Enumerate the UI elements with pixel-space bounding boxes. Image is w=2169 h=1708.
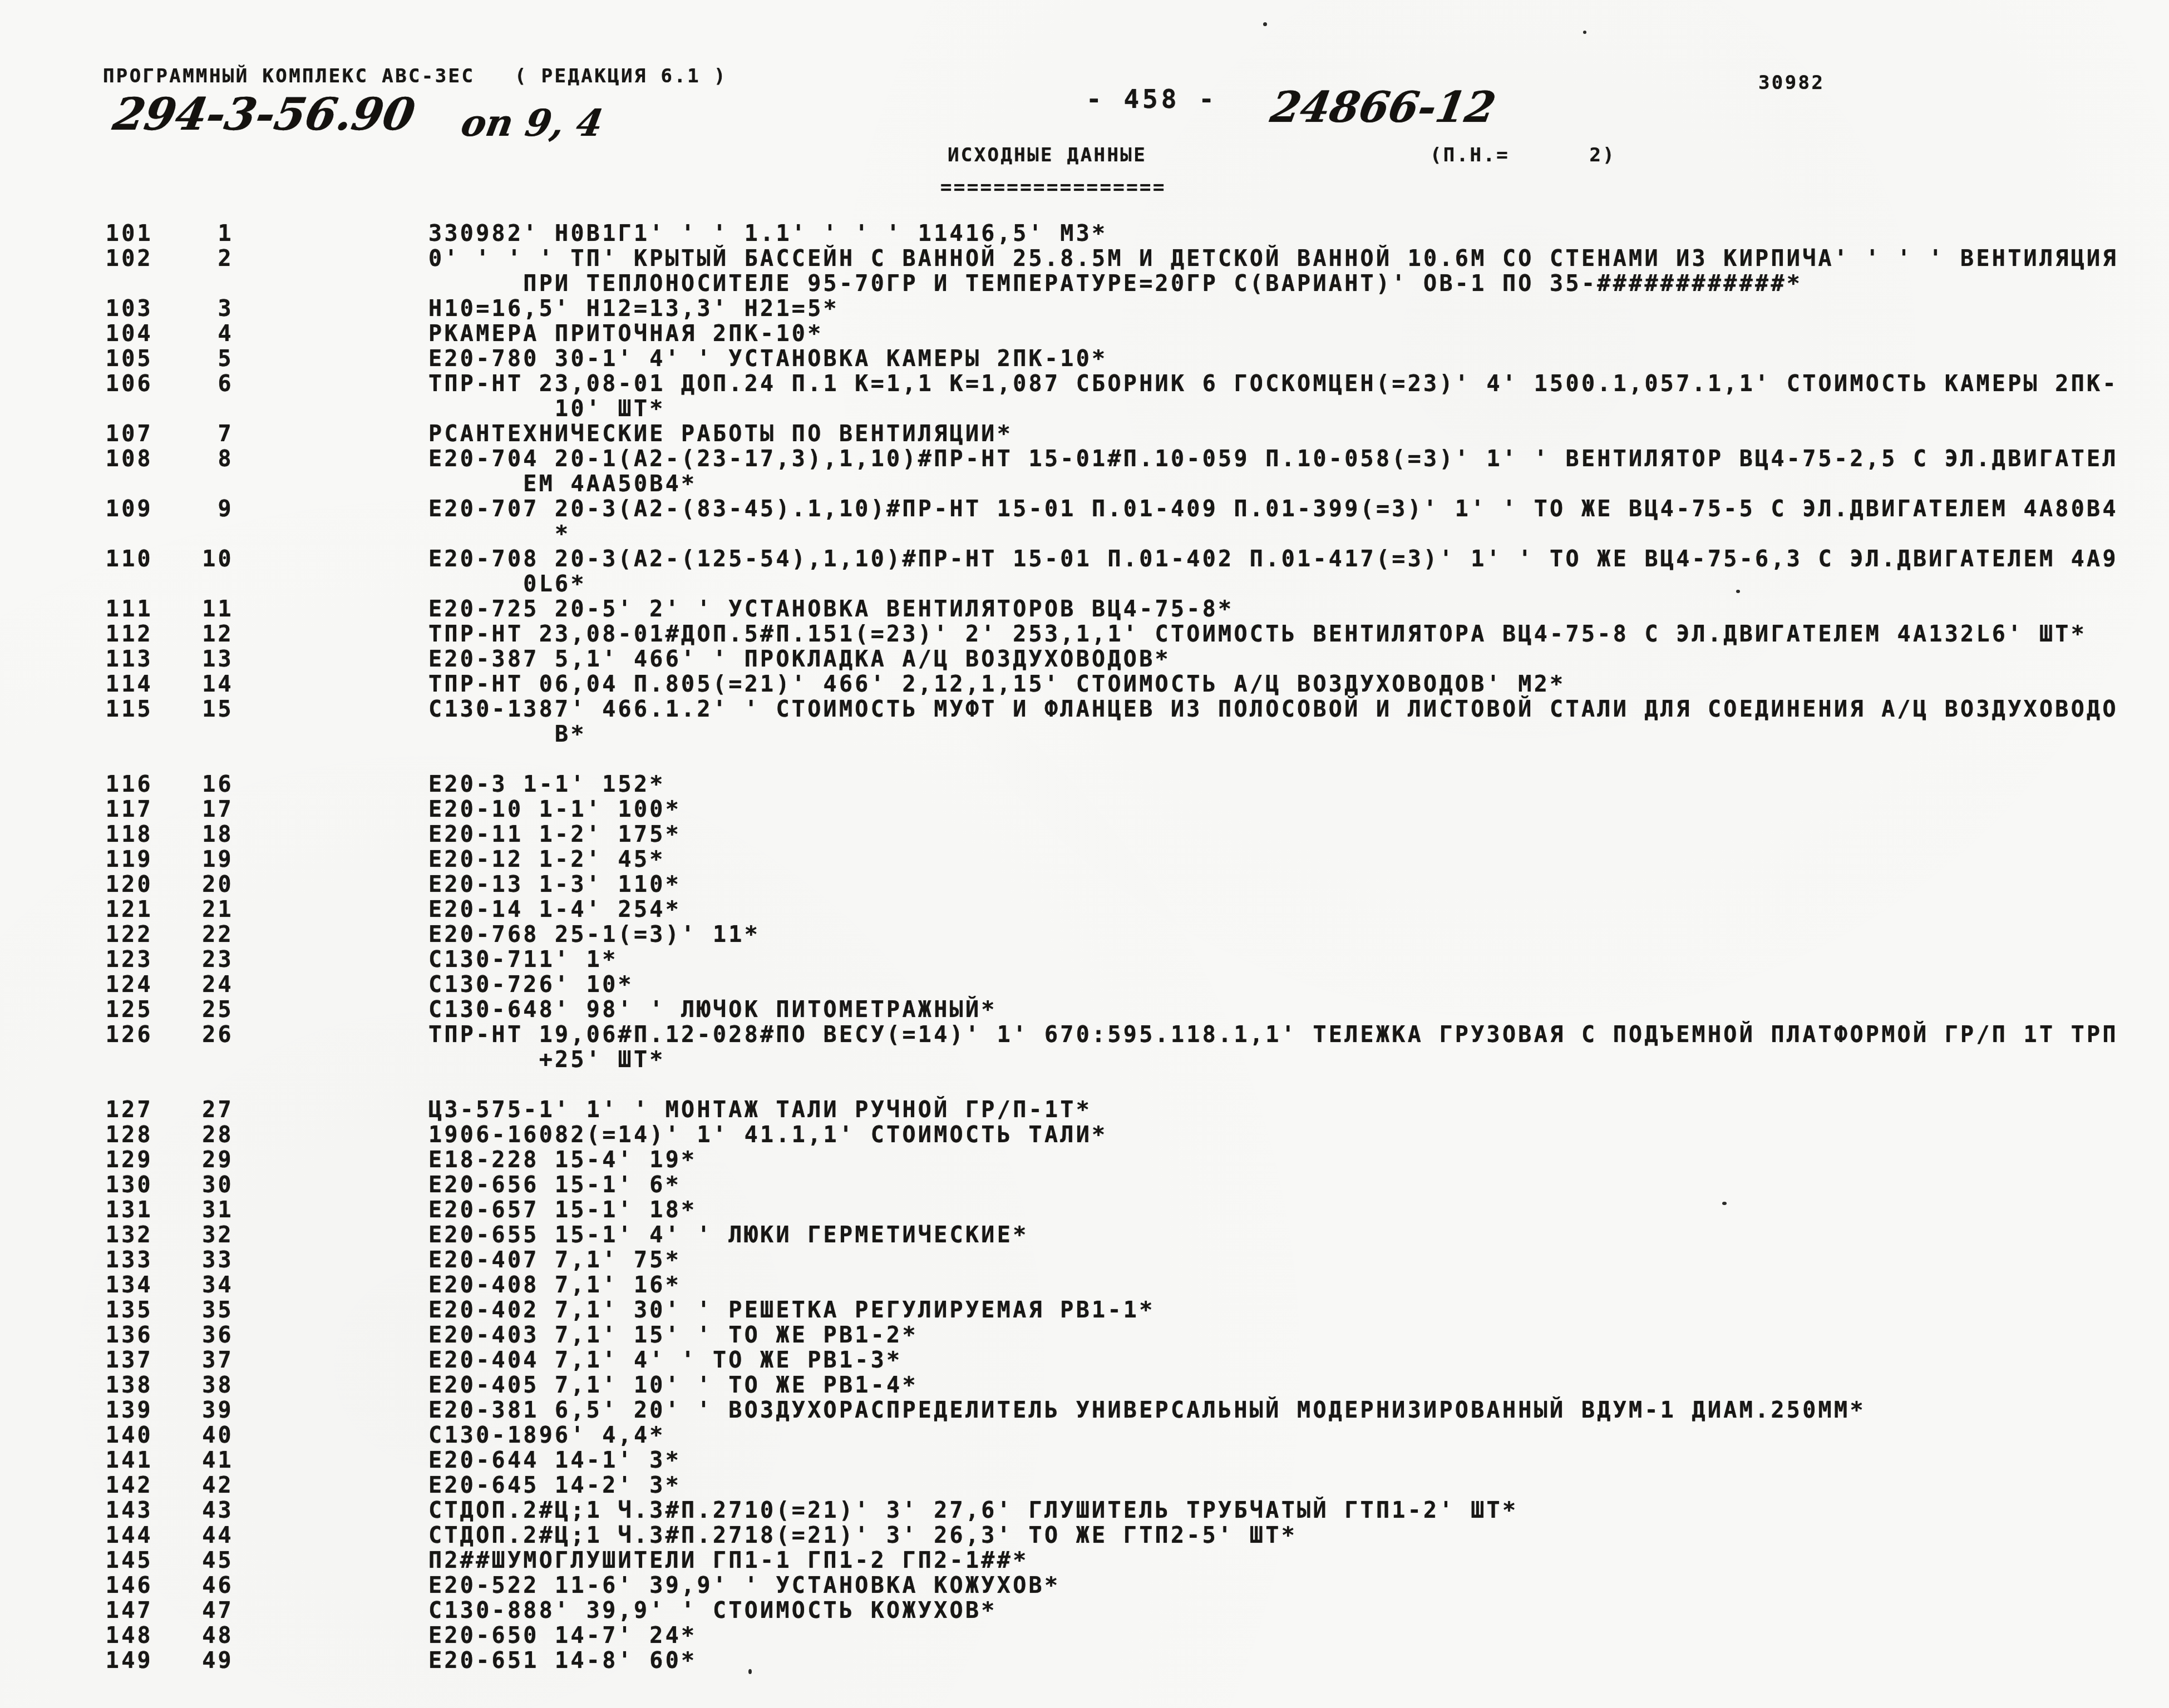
table-row bbox=[0, 1073, 2169, 1098]
row-text: ТПР-НТ 23,08-01#ДОП.5#П.151(=23)' 2' 253… bbox=[428, 622, 2087, 647]
line-number: 126 bbox=[103, 1023, 153, 1048]
row-text: Е20-707 20-3(А2-(83-45).1,10)#ПР-НТ 15-0… bbox=[428, 497, 2118, 522]
line-number: 120 bbox=[103, 872, 153, 897]
table-row: 10220' ' ' ' ТП' КРЫТЫЙ БАССЕЙН С ВАННОЙ… bbox=[0, 246, 2169, 271]
table-row: 11111Е20-725 20-5' 2' ' УСТАНОВКА ВЕНТИЛ… bbox=[0, 597, 2169, 622]
row-text: С130-648' 98' ' ЛЮЧОК ПИТОМЕТРАЖНЫЙ* bbox=[428, 998, 997, 1023]
sequence-number: 6 bbox=[167, 372, 234, 397]
line-number: 136 bbox=[103, 1323, 153, 1348]
row-text: Е20-708 20-3(А2-(125-54),1,10)#ПР-НТ 15-… bbox=[428, 547, 2118, 572]
table-row: 14040С130-1896' 4,4* bbox=[0, 1423, 2169, 1448]
line-number: 101 bbox=[103, 221, 153, 246]
row-text: Е20-650 14-7' 24* bbox=[428, 1623, 697, 1648]
sequence-number: 36 bbox=[167, 1323, 234, 1348]
sequence-number: 44 bbox=[167, 1523, 234, 1548]
table-row: 14545П2##ШУМОГЛУШИТЕЛИ ГП1-1 ГП1-2 ГП2-1… bbox=[0, 1548, 2169, 1573]
table-row: 1011330982' Н0В1Г1' ' ' 1.1' ' ' ' 11416… bbox=[0, 221, 2169, 246]
row-text: С130-711' 1* bbox=[428, 947, 618, 973]
sequence-number: 23 bbox=[167, 947, 234, 973]
row-text: 10' ШТ* bbox=[428, 397, 666, 422]
row-text: Е20-405 7,1' 10' ' ТО ЖЕ РВ1-4* bbox=[428, 1373, 918, 1398]
line-number: 144 bbox=[103, 1523, 153, 1548]
line-number: 147 bbox=[103, 1598, 153, 1623]
sequence-number: 18 bbox=[167, 822, 234, 847]
line-number: 110 bbox=[103, 547, 153, 572]
row-text: С130-1387' 466.1.2' ' СТОИМОСТЬ МУФТ И Ф… bbox=[428, 697, 2118, 722]
line-number: 108 bbox=[103, 447, 153, 472]
row-text: Е20-655 15-1' 4' ' ЛЮКИ ГЕРМЕТИЧЕСКИЕ* bbox=[428, 1223, 1029, 1248]
line-number: 104 bbox=[103, 322, 153, 347]
table-row: 13838Е20-405 7,1' 10' ' ТО ЖЕ РВ1-4* bbox=[0, 1373, 2169, 1398]
row-text: Н10=16,5' Н12=13,3' Н21=5* bbox=[428, 297, 839, 322]
row-text: СТДОП.2#Ц;1 Ч.3#П.2718(=21)' 3' 26,3' ТО… bbox=[428, 1523, 1297, 1548]
row-text: * bbox=[428, 522, 570, 547]
sequence-number: 13 bbox=[167, 647, 234, 672]
row-text: С130-1896' 4,4* bbox=[428, 1423, 666, 1448]
line-number: 112 bbox=[103, 622, 153, 647]
line-number: 118 bbox=[103, 822, 153, 847]
line-number: 115 bbox=[103, 697, 153, 722]
sequence-number: 27 bbox=[167, 1098, 234, 1123]
handwritten-stamp: 24866-12 bbox=[1267, 82, 1499, 132]
row-text: Е20-656 15-1' 6* bbox=[428, 1173, 681, 1198]
table-row: 14949Е20-651 14-8' 60* bbox=[0, 1648, 2169, 1674]
sequence-number: 28 bbox=[167, 1123, 234, 1148]
row-text: Е20-403 7,1' 15' ' ТО ЖЕ РВ1-2* bbox=[428, 1323, 918, 1348]
row-text: Е20-645 14-2' 3* bbox=[428, 1473, 681, 1498]
sequence-number: 7 bbox=[167, 422, 234, 447]
table-row: 14747С130-888' 39,9' ' СТОИМОСТЬ КОЖУХОВ… bbox=[0, 1598, 2169, 1623]
table-row: 12323С130-711' 1* bbox=[0, 947, 2169, 973]
table-row: 11010Е20-708 20-3(А2-(125-54),1,10)#ПР-Н… bbox=[0, 547, 2169, 572]
table-row bbox=[0, 747, 2169, 772]
line-number: 139 bbox=[103, 1398, 153, 1423]
sequence-number: 30 bbox=[167, 1173, 234, 1198]
row-text: +25' ШТ* bbox=[428, 1048, 666, 1073]
sequence-number: 33 bbox=[167, 1248, 234, 1273]
scanned-printout-page: ПРОГРАММНЫЙ КОМПЛЕКС АВС-3ЕС ( РЕДАКЦИЯ … bbox=[0, 0, 2169, 1708]
sequence-number: 37 bbox=[167, 1348, 234, 1373]
line-number: 137 bbox=[103, 1348, 153, 1373]
line-number: 124 bbox=[103, 973, 153, 998]
sequence-number: 2 bbox=[167, 246, 234, 271]
row-text: ЕМ 4АА50В4* bbox=[428, 472, 697, 497]
line-number: 122 bbox=[103, 922, 153, 947]
row-text: Е20-704 20-1(А2-(23-17,3),1,10)#ПР-НТ 15… bbox=[428, 447, 2118, 472]
table-row: 11919Е20-12 1-2' 45* bbox=[0, 847, 2169, 872]
sequence-number: 35 bbox=[167, 1298, 234, 1323]
row-text: 330982' Н0В1Г1' ' ' 1.1' ' ' ' 11416,5' … bbox=[428, 221, 1107, 246]
line-number: 109 bbox=[103, 497, 153, 522]
sequence-number: 20 bbox=[167, 872, 234, 897]
line-number: 146 bbox=[103, 1573, 153, 1598]
table-row: 12222Е20-768 25-1(=3)' 11* bbox=[0, 922, 2169, 947]
table-row: 14343СТДОП.2#Ц;1 Ч.3#П.2710(=21)' 3' 27,… bbox=[0, 1498, 2169, 1523]
page-note: (П.Н.= 2) bbox=[1430, 146, 1616, 165]
row-text: 0' ' ' ' ТП' КРЫТЫЙ БАССЕЙН С ВАННОЙ 25.… bbox=[428, 246, 2118, 271]
line-number: 140 bbox=[103, 1423, 153, 1448]
table-row: 1099Е20-707 20-3(А2-(83-45).1,10)#ПР-НТ … bbox=[0, 497, 2169, 522]
table-row: 12727Ц3-575-1' 1' ' МОНТАЖ ТАЛИ РУЧНОЙ Г… bbox=[0, 1098, 2169, 1123]
section-title: ИСХОДНЫЕ ДАННЫЕ bbox=[948, 146, 1147, 165]
line-number: 103 bbox=[103, 297, 153, 322]
row-text: Е20-408 7,1' 16* bbox=[428, 1273, 681, 1298]
line-number: 141 bbox=[103, 1448, 153, 1473]
line-number: 127 bbox=[103, 1098, 153, 1123]
row-text: ПРИ ТЕПЛОНОСИТЕЛЕ 95-70ГР И ТЕМПЕРАТУРЕ=… bbox=[428, 271, 1802, 297]
sequence-number: 15 bbox=[167, 697, 234, 722]
sequence-number: 8 bbox=[167, 447, 234, 472]
line-number: 111 bbox=[103, 597, 153, 622]
row-text: Е20-657 15-1' 18* bbox=[428, 1198, 697, 1223]
table-row: 12929Е18-228 15-4' 19* bbox=[0, 1148, 2169, 1173]
line-number: 135 bbox=[103, 1298, 153, 1323]
row-text: Е20-402 7,1' 30' ' РЕШЕТКА РЕГУЛИРУЕМАЯ … bbox=[428, 1298, 1155, 1323]
sequence-number: 19 bbox=[167, 847, 234, 872]
line-number: 133 bbox=[103, 1248, 153, 1273]
table-row: 12020Е20-13 1-3' 110* bbox=[0, 872, 2169, 897]
table-row: 11414ТПР-НТ 06,04 П.805(=21)' 466' 2,12,… bbox=[0, 672, 2169, 697]
table-row: 13939Е20-381 6,5' 20' ' ВОЗДУХОРАСПРЕДЕЛ… bbox=[0, 1398, 2169, 1423]
row-text: СТДОП.2#Ц;1 Ч.3#П.2710(=21)' 3' 27,6' ГЛ… bbox=[428, 1498, 1518, 1523]
table-row: 10' ШТ* bbox=[0, 397, 2169, 422]
row-text: ТПР-НТ 23,08-01 ДОП.24 П.1 К=1,1 К=1,087… bbox=[428, 372, 2118, 397]
page-number: - 458 - bbox=[1086, 86, 1217, 112]
table-row: 13232Е20-655 15-1' 4' ' ЛЮКИ ГЕРМЕТИЧЕСК… bbox=[0, 1223, 2169, 1248]
sequence-number: 1 bbox=[167, 221, 234, 246]
table-row: * bbox=[0, 522, 2169, 547]
row-text: Ц3-575-1' 1' ' МОНТАЖ ТАЛИ РУЧНОЙ ГР/П-1… bbox=[428, 1098, 1092, 1123]
sequence-number: 11 bbox=[167, 597, 234, 622]
sequence-number: 25 bbox=[167, 998, 234, 1023]
line-number: 107 bbox=[103, 422, 153, 447]
table-row: ЕМ 4АА50В4* bbox=[0, 472, 2169, 497]
sequence-number: 14 bbox=[167, 672, 234, 697]
row-text: Е20-11 1-2' 175* bbox=[428, 822, 681, 847]
table-row: 11616Е20-3 1-1' 152* bbox=[0, 772, 2169, 797]
scan-speck bbox=[748, 1669, 752, 1674]
sequence-number: 29 bbox=[167, 1148, 234, 1173]
line-number: 142 bbox=[103, 1473, 153, 1498]
row-text: ТПР-НТ 06,04 П.805(=21)' 466' 2,12,1,15'… bbox=[428, 672, 1566, 697]
table-row: 13636Е20-403 7,1' 15' ' ТО ЖЕ РВ1-2* bbox=[0, 1323, 2169, 1348]
line-number: 138 bbox=[103, 1373, 153, 1398]
table-row: В* bbox=[0, 722, 2169, 747]
table-row: 14141Е20-644 14-1' 3* bbox=[0, 1448, 2169, 1473]
sequence-number: 5 bbox=[167, 347, 234, 372]
table-row: 11212ТПР-НТ 23,08-01#ДОП.5#П.151(=23)' 2… bbox=[0, 622, 2169, 647]
sequence-number: 17 bbox=[167, 797, 234, 822]
line-number: 149 bbox=[103, 1648, 153, 1674]
table-row: +25' ШТ* bbox=[0, 1048, 2169, 1073]
line-number: 148 bbox=[103, 1623, 153, 1648]
table-row: 13434Е20-408 7,1' 16* bbox=[0, 1273, 2169, 1298]
line-number: 114 bbox=[103, 672, 153, 697]
scan-speck bbox=[1736, 590, 1740, 593]
row-text: Е20-404 7,1' 4' ' ТО ЖЕ РВ1-3* bbox=[428, 1348, 902, 1373]
sequence-number: 38 bbox=[167, 1373, 234, 1398]
row-text: Е20-780 30-1' 4' ' УСТАНОВКА КАМЕРЫ 2ПК-… bbox=[428, 347, 1107, 372]
table-row: 12626ТПР-НТ 19,06#П.12-028#ПО ВЕСУ(=14)'… bbox=[0, 1023, 2169, 1048]
line-number: 102 bbox=[103, 246, 153, 271]
row-text: Е20-381 6,5' 20' ' ВОЗДУХОРАСПРЕДЕЛИТЕЛЬ… bbox=[428, 1398, 1866, 1423]
line-number: 116 bbox=[103, 772, 153, 797]
table-row: 14848Е20-650 14-7' 24* bbox=[0, 1623, 2169, 1648]
table-row: ПРИ ТЕПЛОНОСИТЕЛЕ 95-70ГР И ТЕМПЕРАТУРЕ=… bbox=[0, 271, 2169, 297]
sequence-number: 40 bbox=[167, 1423, 234, 1448]
sequence-number: 45 bbox=[167, 1548, 234, 1573]
row-text: С130-726' 10* bbox=[428, 973, 634, 998]
line-number: 130 bbox=[103, 1173, 153, 1198]
table-row: 11313Е20-387 5,1' 466' ' ПРОКЛАДКА А/Ц В… bbox=[0, 647, 2169, 672]
table-row: 128281906-16082(=14)' 1' 41.1,1' СТОИМОС… bbox=[0, 1123, 2169, 1148]
row-text: Е20-522 11-6' 39,9' ' УСТАНОВКА КОЖУХОВ* bbox=[428, 1573, 1060, 1598]
sequence-number: 49 bbox=[167, 1648, 234, 1674]
row-text: С130-888' 39,9' ' СТОИМОСТЬ КОЖУХОВ* bbox=[428, 1598, 997, 1623]
row-text: Е18-228 15-4' 19* bbox=[428, 1148, 697, 1173]
line-number: 106 bbox=[103, 372, 153, 397]
line-number: 113 bbox=[103, 647, 153, 672]
line-number: 117 bbox=[103, 797, 153, 822]
row-text: Е20-651 14-8' 60* bbox=[428, 1648, 697, 1674]
line-number: 125 bbox=[103, 998, 153, 1023]
table-row: 14444СТДОП.2#Ц;1 Ч.3#П.2718(=21)' 3' 26,… bbox=[0, 1523, 2169, 1548]
sequence-number: 3 bbox=[167, 297, 234, 322]
table-row: 1077РСАНТЕХНИЧЕСКИЕ РАБОТЫ ПО ВЕНТИЛЯЦИИ… bbox=[0, 422, 2169, 447]
row-text: 1906-16082(=14)' 1' 41.1,1' СТОИМОСТЬ ТА… bbox=[428, 1123, 1107, 1148]
line-number: 143 bbox=[103, 1498, 153, 1523]
table-row: 13737Е20-404 7,1' 4' ' ТО ЖЕ РВ1-3* bbox=[0, 1348, 2169, 1373]
table-row: 1066ТПР-НТ 23,08-01 ДОП.24 П.1 К=1,1 К=1… bbox=[0, 372, 2169, 397]
line-number: 145 bbox=[103, 1548, 153, 1573]
section-underline: ================= bbox=[940, 178, 1166, 197]
table-row: 11717Е20-10 1-1' 100* bbox=[0, 797, 2169, 822]
sequence-number: 41 bbox=[167, 1448, 234, 1473]
row-text: Е20-3 1-1' 152* bbox=[428, 772, 666, 797]
row-text: Е20-10 1-1' 100* bbox=[428, 797, 681, 822]
line-number: 134 bbox=[103, 1273, 153, 1298]
row-text: Е20-407 7,1' 75* bbox=[428, 1248, 681, 1273]
table-row: 14242Е20-645 14-2' 3* bbox=[0, 1473, 2169, 1498]
table-row: 13030Е20-656 15-1' 6* bbox=[0, 1173, 2169, 1198]
sequence-number: 10 bbox=[167, 547, 234, 572]
row-text: Е20-14 1-4' 254* bbox=[428, 897, 681, 922]
row-text: Е20-12 1-2' 45* bbox=[428, 847, 666, 872]
table-row: 1044РКАМЕРА ПРИТОЧНАЯ 2ПК-10* bbox=[0, 322, 2169, 347]
row-text: П2##ШУМОГЛУШИТЕЛИ ГП1-1 ГП1-2 ГП2-1##* bbox=[428, 1548, 1029, 1573]
table-row: 1033Н10=16,5' Н12=13,3' Н21=5* bbox=[0, 297, 2169, 322]
sequence-number: 16 bbox=[167, 772, 234, 797]
row-text: В* bbox=[428, 722, 586, 747]
line-number: 129 bbox=[103, 1148, 153, 1173]
document-number: 30982 bbox=[1758, 73, 1825, 92]
row-text: Е20-13 1-3' 110* bbox=[428, 872, 681, 897]
line-number: 128 bbox=[103, 1123, 153, 1148]
table-row: 13131Е20-657 15-1' 18* bbox=[0, 1198, 2169, 1223]
sequence-number: 39 bbox=[167, 1398, 234, 1423]
table-row: 1055Е20-780 30-1' 4' ' УСТАНОВКА КАМЕРЫ … bbox=[0, 347, 2169, 372]
row-text: ТПР-НТ 19,06#П.12-028#ПО ВЕСУ(=14)' 1' 6… bbox=[428, 1023, 2118, 1048]
sequence-number: 12 bbox=[167, 622, 234, 647]
sequence-number: 22 bbox=[167, 922, 234, 947]
line-number: 121 bbox=[103, 897, 153, 922]
row-text: Е20-387 5,1' 466' ' ПРОКЛАДКА А/Ц ВОЗДУХ… bbox=[428, 647, 1171, 672]
row-text: Е20-768 25-1(=3)' 11* bbox=[428, 922, 760, 947]
table-row: 13333Е20-407 7,1' 75* bbox=[0, 1248, 2169, 1273]
table-row: 1088Е20-704 20-1(А2-(23-17,3),1,10)#ПР-Н… bbox=[0, 447, 2169, 472]
line-number: 132 bbox=[103, 1223, 153, 1248]
sequence-number: 46 bbox=[167, 1573, 234, 1598]
line-number: 123 bbox=[103, 947, 153, 973]
table-row: 12121Е20-14 1-4' 254* bbox=[0, 897, 2169, 922]
line-number: 105 bbox=[103, 347, 153, 372]
table-row: 13535Е20-402 7,1' 30' ' РЕШЕТКА РЕГУЛИРУ… bbox=[0, 1298, 2169, 1323]
sequence-number: 42 bbox=[167, 1473, 234, 1498]
sequence-number: 21 bbox=[167, 897, 234, 922]
line-number: 119 bbox=[103, 847, 153, 872]
sequence-number: 32 bbox=[167, 1223, 234, 1248]
row-text: РКАМЕРА ПРИТОЧНАЯ 2ПК-10* bbox=[428, 322, 824, 347]
sequence-number: 48 bbox=[167, 1623, 234, 1648]
handwritten-code: 294-3-56.90 bbox=[110, 88, 419, 140]
sequence-number: 24 bbox=[167, 973, 234, 998]
row-text: Е20-725 20-5' 2' ' УСТАНОВКА ВЕНТИЛЯТОРО… bbox=[428, 597, 1234, 622]
sequence-number: 4 bbox=[167, 322, 234, 347]
row-text: РСАНТЕХНИЧЕСКИЕ РАБОТЫ ПО ВЕНТИЛЯЦИИ* bbox=[428, 422, 1013, 447]
sequence-number: 26 bbox=[167, 1023, 234, 1048]
table-row: 11818Е20-11 1-2' 175* bbox=[0, 822, 2169, 847]
handwritten-note: оп 9, 4 bbox=[458, 101, 607, 145]
program-title: ПРОГРАММНЫЙ КОМПЛЕКС АВС-3ЕС ( РЕДАКЦИЯ … bbox=[103, 67, 727, 86]
scan-speck bbox=[1583, 31, 1586, 34]
table-row: 11515С130-1387' 466.1.2' ' СТОИМОСТЬ МУФ… bbox=[0, 697, 2169, 722]
sequence-number: 47 bbox=[167, 1598, 234, 1623]
scan-speck bbox=[1263, 22, 1267, 26]
row-text: Е20-644 14-1' 3* bbox=[428, 1448, 681, 1473]
sequence-number: 43 bbox=[167, 1498, 234, 1523]
row-text: 0L6* bbox=[428, 572, 586, 597]
sequence-number: 34 bbox=[167, 1273, 234, 1298]
table-row: 0L6* bbox=[0, 572, 2169, 597]
table-row: 14646Е20-522 11-6' 39,9' ' УСТАНОВКА КОЖ… bbox=[0, 1573, 2169, 1598]
table-row: 12525С130-648' 98' ' ЛЮЧОК ПИТОМЕТРАЖНЫЙ… bbox=[0, 998, 2169, 1023]
sequence-number: 31 bbox=[167, 1198, 234, 1223]
line-number: 131 bbox=[103, 1198, 153, 1223]
scan-speck bbox=[1722, 1202, 1727, 1205]
sequence-number: 9 bbox=[167, 497, 234, 522]
table-row: 12424С130-726' 10* bbox=[0, 973, 2169, 998]
rows: 1011330982' Н0В1Г1' ' ' 1.1' ' ' ' 11416… bbox=[0, 221, 2169, 1674]
